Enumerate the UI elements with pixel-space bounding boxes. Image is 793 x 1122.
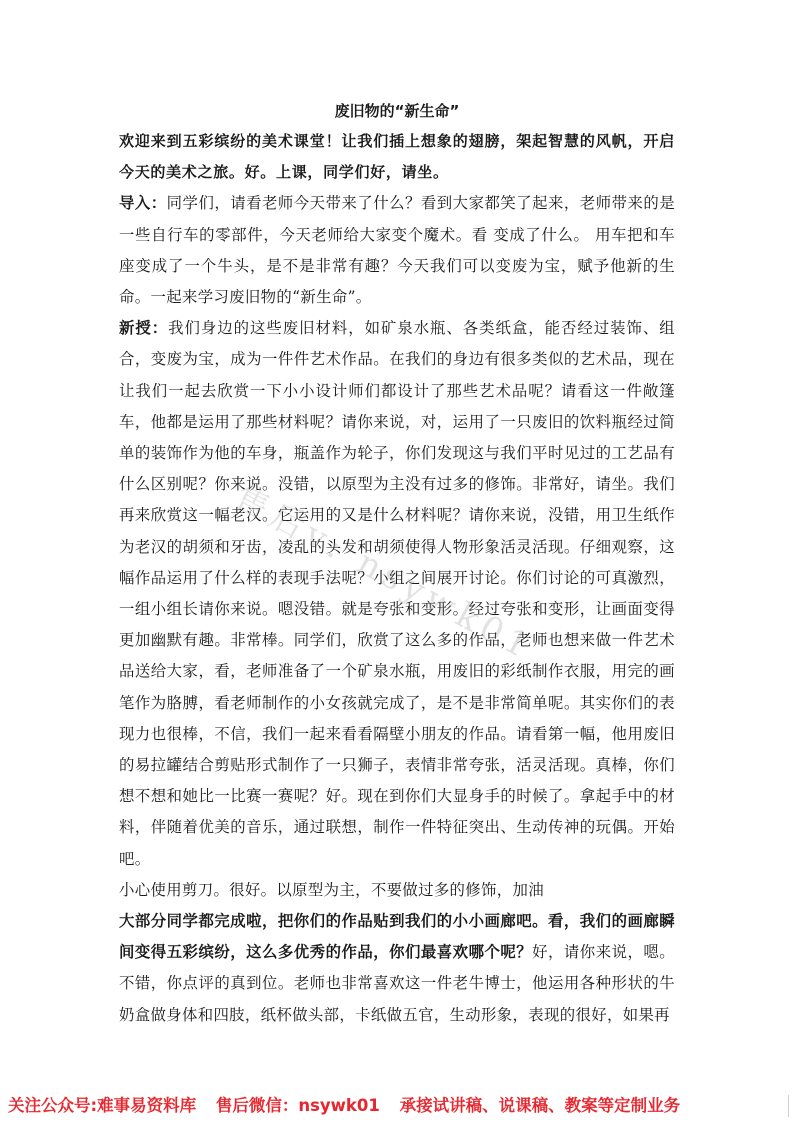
section-label: 新授：	[119, 319, 168, 337]
document-title: 废旧物的“新生命”	[119, 96, 675, 126]
section-text: 同学们，请看老师今天带来了什么？看到大家都笑了起来，老师带来的是一些自行车的零部…	[119, 194, 675, 306]
footer-banner: 关注公众号:难事易资料库 售后微信：nsywk01 承接试讲稿、说课稿、教案等定…	[0, 1090, 793, 1122]
footer-divider	[788, 1095, 789, 1117]
intro-paragraph: 欢迎来到五彩缤纷的美术课堂！让我们插上想象的翅膀，架起智慧的风帆，开启今天的美术…	[119, 126, 675, 188]
footer-wechat: 售后微信：nsywk01	[216, 1096, 380, 1115]
footer-services: 承接试讲稿、说课稿、教案等定制业务	[400, 1096, 681, 1115]
section-new-teaching: 新授：我们身边的这些废旧材料，如矿泉水瓶、各类纸盒，能否经过装饰、组合，变废为宝…	[119, 313, 675, 875]
tip-paragraph: 小心使用剪刀。很好。以原型为主，不要做过多的修饰，加油	[119, 875, 675, 906]
document-page: 废旧物的“新生命” 欢迎来到五彩缤纷的美术课堂！让我们插上想象的翅膀，架起智慧的…	[119, 96, 675, 1031]
gallery-paragraph: 大部分同学都完成啦，把你们的作品贴到我们的小小画廊吧。看，我们的画廊瞬间变得五彩…	[119, 906, 675, 1031]
section-intro: 导入：同学们，请看老师今天带来了什么？看到大家都笑了起来，老师带来的是一些自行车…	[119, 188, 675, 313]
section-text: 我们身边的这些废旧材料，如矿泉水瓶、各类纸盒，能否经过装饰、组合，变废为宝，成为…	[119, 319, 675, 867]
section-label: 导入：	[119, 194, 167, 212]
footer-account: 关注公众号:难事易资料库	[8, 1096, 196, 1115]
